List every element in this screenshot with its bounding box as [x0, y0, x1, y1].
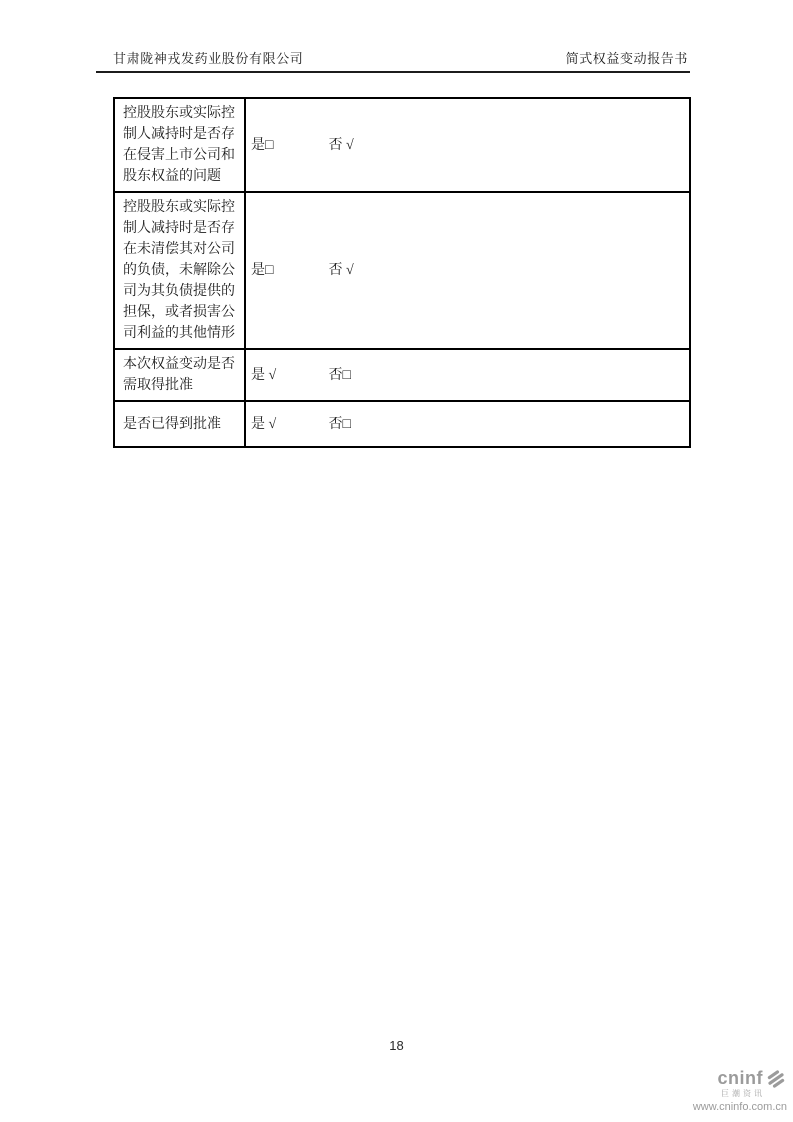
option-yes: 是□ [251, 260, 325, 281]
row-label: 控股股东或实际控制人减持时是否存在未清偿其对公司的负债，未解除公司为其负债提供的… [114, 192, 245, 349]
header-report-title: 简式权益变动报告书 [566, 48, 688, 67]
cninfo-logo: cninf 巨潮资讯 www.cninfo.com.cn [693, 1068, 787, 1113]
row-options: 是□ 否 √ [245, 98, 690, 192]
cninfo-logo-top: cninf [718, 1068, 788, 1090]
table-row: 控股股东或实际控制人减持时是否存在侵害上市公司和股东权益的问题 是□ 否 √ [114, 98, 690, 192]
option-yes: 是□ [251, 135, 325, 156]
row-label: 是否已得到批准 [114, 401, 245, 447]
cninfo-brand-text: cninf [718, 1069, 764, 1089]
option-yes: 是 √ [251, 414, 325, 435]
header-divider [96, 71, 690, 73]
table-row: 是否已得到批准 是 √ 否□ [114, 401, 690, 447]
option-no: 否 √ [329, 260, 354, 281]
option-no: 否 √ [329, 135, 354, 156]
document-page: 甘肃陇神戎发药业股份有限公司 简式权益变动报告书 控股股东或实际控制人减持时是否… [0, 0, 793, 1122]
option-no: 否□ [329, 414, 351, 435]
option-yes: 是 √ [251, 365, 325, 386]
cninfo-swirl-icon [765, 1068, 787, 1090]
row-label: 本次权益变动是否需取得批准 [114, 349, 245, 401]
cninfo-logo-subtitle: 巨潮资讯 [721, 1090, 765, 1099]
row-label: 控股股东或实际控制人减持时是否存在侵害上市公司和股东权益的问题 [114, 98, 245, 192]
cninfo-url: www.cninfo.com.cn [693, 1101, 787, 1113]
table-row: 控股股东或实际控制人减持时是否存在未清偿其对公司的负债，未解除公司为其负债提供的… [114, 192, 690, 349]
approval-status-table: 控股股东或实际控制人减持时是否存在侵害上市公司和股东权益的问题 是□ 否 √ 控… [113, 97, 691, 448]
option-no: 否□ [329, 365, 351, 386]
page-number: 18 [0, 1038, 793, 1053]
row-options: 是□ 否 √ [245, 192, 690, 349]
row-options: 是 √ 否□ [245, 401, 690, 447]
row-options: 是 √ 否□ [245, 349, 690, 401]
header-company-name: 甘肃陇神戎发药业股份有限公司 [113, 48, 303, 67]
table-row: 本次权益变动是否需取得批准 是 √ 否□ [114, 349, 690, 401]
